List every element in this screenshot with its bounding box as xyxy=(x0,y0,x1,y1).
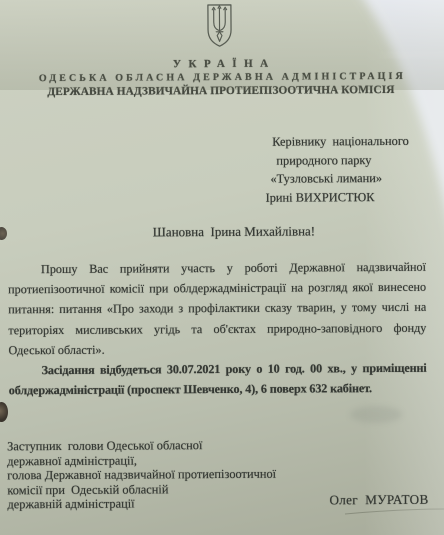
text-line: Засідання відбудеться 30.07.2021 року о … xyxy=(9,358,427,381)
scanned-letter-photo: УКРАЇНА ОДЕСЬКА ОБЛАСНА ДЕРЖАВНА АДМІНІС… xyxy=(0,0,444,535)
letter-body: Прошу Вас прийняти участь у роботі Держа… xyxy=(8,257,427,401)
body-paragraph-2: Засідання відбудеться 30.07.2021 року о … xyxy=(9,358,427,401)
commission-name: ДЕРЖАВНА НАДЗВИЧАЙНА ПРОТИЕПІЗООТИЧНА КО… xyxy=(0,84,443,99)
addressee-block: Керівнику національногоприродного парку«… xyxy=(265,132,431,207)
text-line: природного парку xyxy=(265,150,431,170)
signer-title-block: Заступник голови Одеської обласноїдержав… xyxy=(7,437,327,512)
text-line: Ірині ВИХРИСТЮК xyxy=(266,187,432,207)
signer-name: Олег МУРАТОВ xyxy=(329,492,428,509)
text-line: Одеської області». xyxy=(8,338,426,361)
text-line: Прошу Вас прийняти участь у роботі Держа… xyxy=(8,257,426,280)
paper-smudge xyxy=(350,406,402,423)
text-line: територіях мисливських угідь та об'єктах… xyxy=(8,317,426,340)
tryzub-coat-of-arms-icon xyxy=(203,3,235,49)
salutation: Шановна Ірина Михайлівна! xyxy=(153,223,315,240)
text-line: державній адміністрації xyxy=(7,496,327,513)
text-line: «Тузловські лимани» xyxy=(265,169,431,189)
text-line: питання: питання «Про заходи з профілакт… xyxy=(8,297,426,320)
body-paragraph-1: Прошу Вас прийняти участь у роботі Держа… xyxy=(8,257,427,361)
country-name: УКРАЇНА xyxy=(0,57,443,72)
letter-content: УКРАЇНА ОДЕСЬКА ОБЛАСНА ДЕРЖАВНА АДМІНІС… xyxy=(0,0,444,535)
text-line: облдержадміністрації (проспект Шевченко,… xyxy=(9,378,427,401)
text-line: Керівнику національного xyxy=(265,132,431,152)
text-line: протиепізоотичної комісії при облдержадм… xyxy=(8,277,426,300)
organization-name: ОДЕСЬКА ОБЛАСНА ДЕРЖАВНА АДМІНІСТРАЦІЯ xyxy=(0,71,443,85)
